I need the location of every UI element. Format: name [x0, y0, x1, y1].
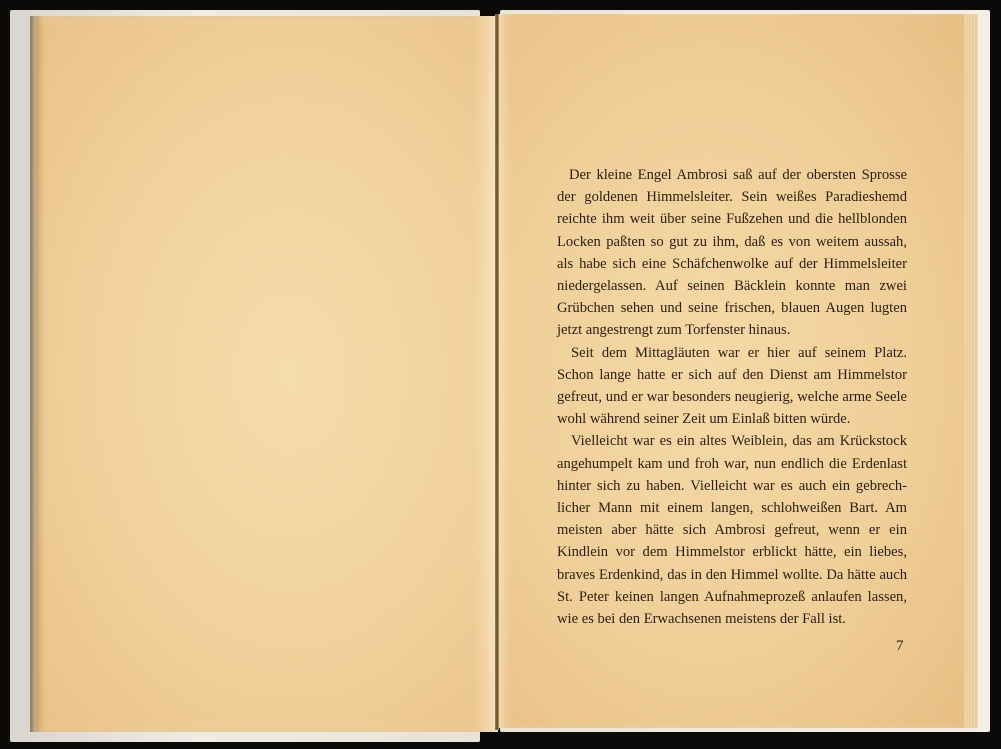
book-gutter [495, 14, 499, 730]
page-stack-edge [964, 14, 978, 728]
paragraph-3: Vielleicht war es ein altes Weiblein, da… [557, 430, 907, 630]
left-page-blank [36, 16, 498, 732]
paragraph-1: Der kleine Engel Ambrosi saß auf der obe… [557, 164, 907, 342]
page-number: 7 [896, 638, 904, 655]
body-text: Der kleine Engel Ambrosi saß auf der obe… [557, 164, 907, 630]
paragraph-2: Seit dem Mittagläuten war er hier auf se… [557, 342, 907, 431]
